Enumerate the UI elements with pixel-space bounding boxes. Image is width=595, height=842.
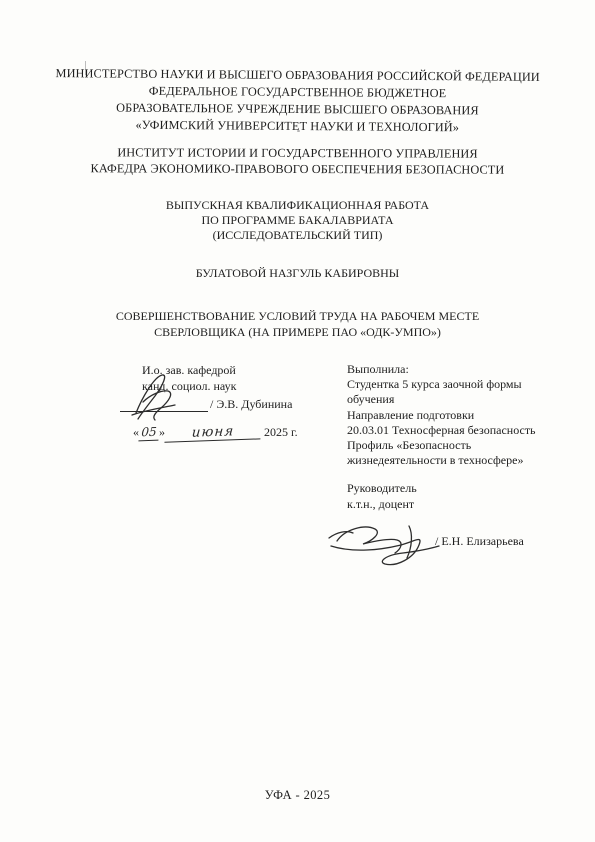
date-year: 2025 г. [264, 425, 298, 439]
work-type-line: ПО ПРОГРАММЕ БАКАЛАВРИАТА [0, 213, 595, 228]
student-info-line: обучения [347, 392, 562, 407]
supervisor-signature-icon [325, 522, 445, 570]
thesis-title-line: СВЕРЛОВЩИКА (НА ПРИМЕРЕ ПАО «ОДК-УМПО») [0, 325, 595, 341]
university-name: «УФИМСКИЙ УНИВЕРСИТЕТ НАУКИ И ТЕХНОЛОГИЙ… [0, 116, 595, 138]
approver-signature-row: / Э.В. Дубинина [120, 395, 362, 415]
thesis-title-page: МИНИСТЕРСТВО НАУКИ И ВЫСШЕГО ОБРАЗОВАНИЯ… [0, 0, 595, 842]
approval-date-row: «05»июня 2025 г. [133, 424, 362, 441]
approver-degree: канд. социол. наук [142, 378, 362, 394]
date-day-handwritten: 05 [138, 424, 159, 442]
supervisor-degree: к.т.н., доцент [347, 497, 562, 512]
program-code: 20.03.01 Техносферная безопасность [347, 423, 562, 438]
performed-by-label: Выполнила: [347, 362, 562, 377]
work-type-block: ВЫПУСКНАЯ КВАЛИФИКАЦИОННАЯ РАБОТА ПО ПРО… [0, 198, 595, 243]
program-label: Направление подготовки [347, 408, 562, 423]
performer-column: Выполнила: Студентка 5 курса заочной фор… [347, 362, 562, 566]
profile-line: жизнедеятельности в техносфере» [347, 453, 562, 468]
spacer [347, 468, 562, 481]
work-type-line: ВЫПУСКНАЯ КВАЛИФИКАЦИОННАЯ РАБОТА [0, 198, 595, 213]
signature-line [120, 395, 208, 412]
thesis-title-line: СОВЕРШЕНСТВОВАНИЕ УСЛОВИЙ ТРУДА НА РАБОЧ… [0, 309, 595, 325]
author-name: БУЛАТОВОЙ НАЗГУЛЬ КАБИРОВНЫ [0, 266, 595, 281]
student-info-line: Студентка 5 курса заочной формы [347, 377, 562, 392]
supervisor-signature-name: / Е.Н. Елизарьева [435, 534, 524, 549]
thesis-title: СОВЕРШЕНСТВОВАНИЕ УСЛОВИЙ ТРУДА НА РАБОЧ… [0, 309, 595, 340]
approver-signature-name: / Э.В. Дубинина [208, 397, 292, 411]
work-type-line: (ИССЛЕДОВАТЕЛЬСКИЙ ТИП) [0, 228, 595, 243]
institute-header: ИНСТИТУТ ИСТОРИИ И ГОСУДАРСТВЕННОГО УПРА… [0, 145, 595, 178]
approval-column: И.о. зав. кафедрой канд. социол. наук / … [142, 362, 362, 441]
supervisor-label: Руководитель [347, 481, 562, 496]
approver-position: И.о. зав. кафедрой [142, 362, 362, 378]
city-year-footer: УФА - 2025 [0, 788, 595, 803]
ministry-header: МИНИСТЕРСТВО НАУКИ И ВЫСШЕГО ОБРАЗОВАНИЯ… [0, 65, 595, 138]
profile-line: Профиль «Безопасность [347, 438, 562, 453]
date-month-handwritten: июня [164, 422, 261, 442]
supervisor-signature-row: / Е.Н. Елизарьева [347, 518, 562, 566]
department-name: КАФЕДРА ЭКОНОМИКО-ПРАВОВОГО ОБЕСПЕЧЕНИЯ … [0, 160, 595, 178]
